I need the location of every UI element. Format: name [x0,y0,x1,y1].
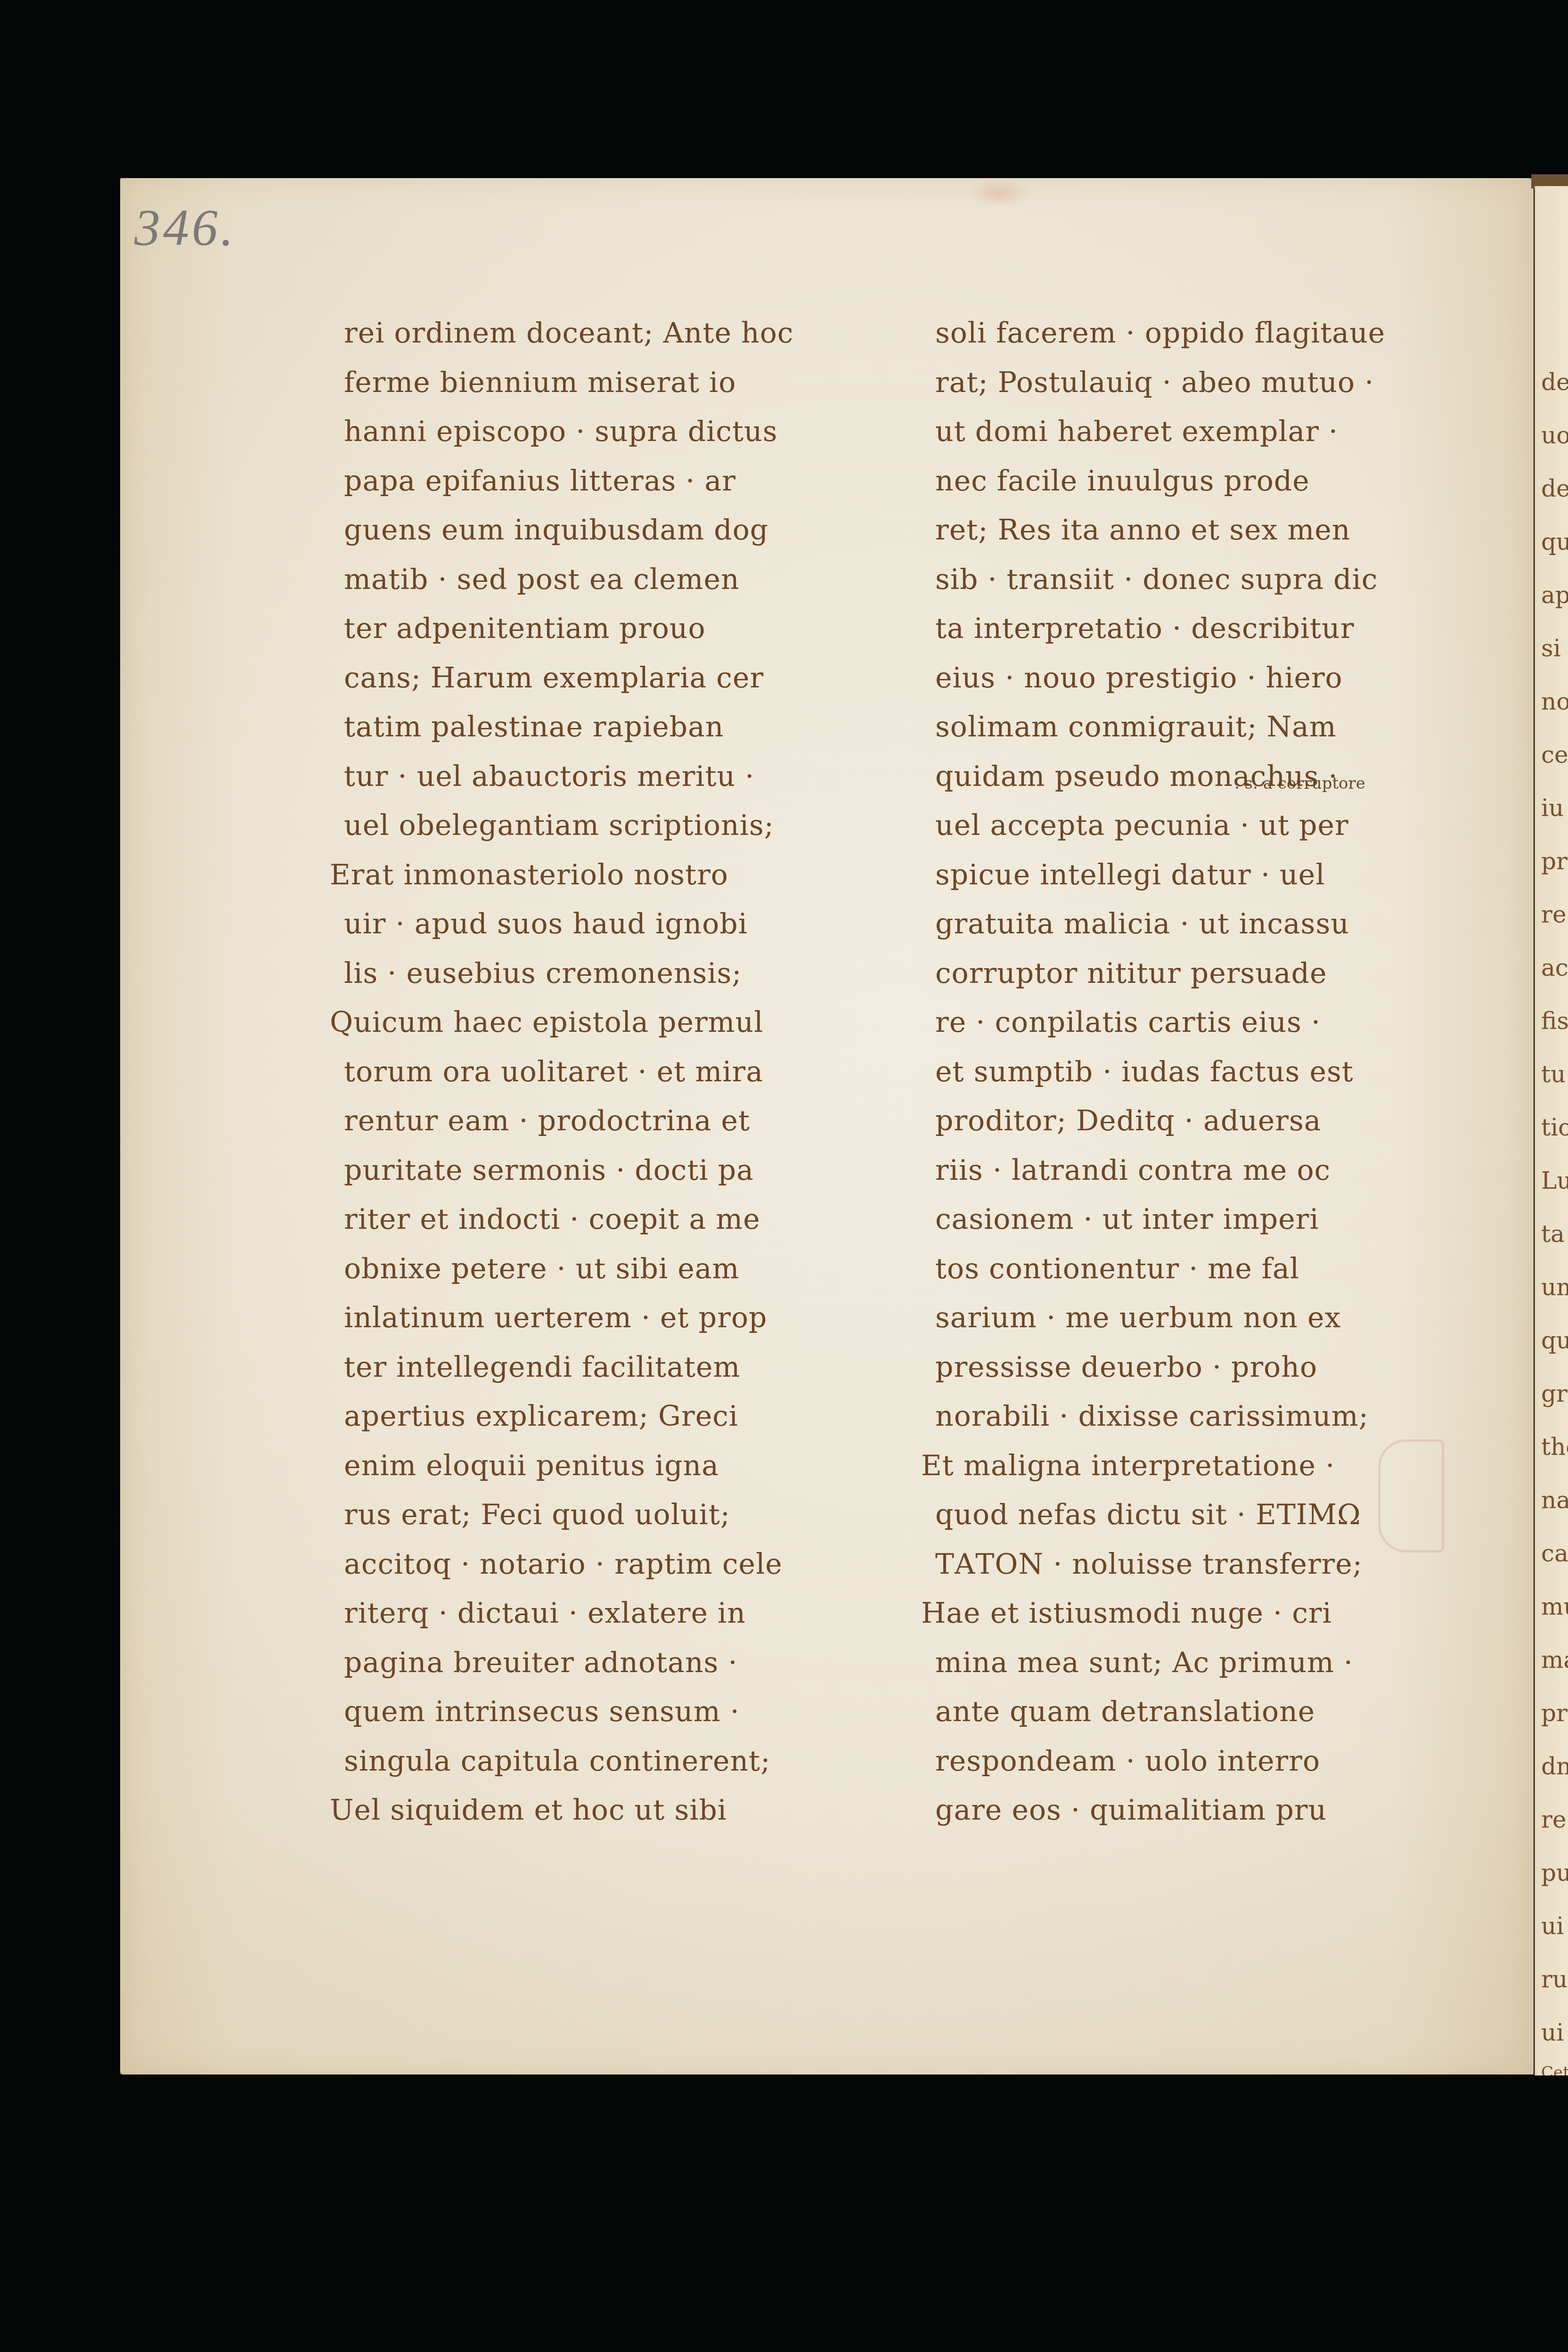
next-page-fragment: ui [1535,2006,1568,2059]
manuscript-line: nec facile inuulgus prode [935,457,1501,506]
next-page-fragment: ap [1535,569,1568,622]
manuscript-line: pressisse deuerbo · proho [935,1343,1501,1392]
next-page-fragment: no [1535,675,1568,728]
manuscript-line: Erat inmonasteriolo nostro [330,850,923,900]
manuscript-line: ter adpenitentiam prouo [344,604,923,653]
next-page-fragment: iu [1535,782,1568,835]
manuscript-line: ta interpretatio · describitur [935,604,1501,653]
manuscript-line: uel obelegantiam scriptionis; [344,801,923,850]
next-page-edge: deuodequapsinoceiuprreacfistutioLutaumqu… [1535,186,1568,2075]
manuscript-line: enim eloquii penitus igna [344,1441,923,1491]
manuscript-line: rus erat; Feci quod uoluit; [344,1490,923,1540]
manuscript-line: hanni episcopo · supra dictus [344,407,923,457]
next-page-fragment: ru [1535,1953,1568,2006]
next-page-fragment: de [1535,356,1568,409]
manuscript-line: ter intellegendi facilitatem [344,1343,923,1392]
manuscript-line: riter et indocti · coepit a me [344,1195,923,1244]
manuscript-line: papa epifanius litteras · ar [344,457,923,506]
next-page-fragment: tio [1535,1101,1568,1154]
next-page-fragment: ma [1535,1633,1568,1687]
next-page-fragment: uo [1535,409,1568,462]
next-page-fragment: dn [1535,1740,1568,1793]
manuscript-line: Hae et istiusmodi nuge · cri [921,1589,1501,1638]
manuscript-line: soli facerem · oppido flagitaue [935,309,1501,358]
interlinear-gloss: . s. a corruptore [1234,774,1365,793]
next-page-fragment: gra [1535,1367,1568,1421]
manuscript-line: guens eum inquibusdam dog [344,506,923,555]
manuscript-line: quem intrinsecus sensum · [344,1687,923,1737]
manuscript-line: cans; Harum exemplaria cer [344,653,923,703]
manuscript-line: singula capitula continerent; [344,1737,923,1786]
manuscript-line: gratuita malicia · ut incassu [935,899,1501,949]
manuscript-line: matib · sed post ea clemen [344,555,923,604]
next-page-fragment: na [1535,1474,1568,1527]
next-page-marginal-note: Cete. [1535,2059,1568,2075]
next-page-fragment: re [1535,1793,1568,1846]
manuscript-line: solimam conmigrauit; Nam [935,702,1501,752]
manuscript-line: puritate sermonis · docti pa [344,1146,923,1195]
manuscript-line: tos contionentur · me fal [935,1244,1501,1294]
next-page-fragment: tu [1535,1048,1568,1101]
next-page-fragment: ta [1535,1208,1568,1261]
next-page-fragment: si [1535,622,1568,675]
manuscript-line: gare eos · quimalitiam pru [935,1786,1501,1835]
manuscript-line: sarium · me uerbum non ex [935,1293,1501,1343]
spacer [1535,186,1568,356]
next-page-fragment: the [1535,1421,1568,1474]
next-page-fragment: ui [1535,1900,1568,1953]
manuscript-line: mina mea sunt; Ac primum · [935,1638,1501,1688]
next-page-fragment: um [1535,1261,1568,1314]
manuscript-line: ut domi haberet exemplar · [935,407,1501,457]
manuscript-line: respondeam · uolo interro [935,1737,1501,1786]
left-text-column: rei ordinem doceant; Ante hocferme bienn… [344,309,923,1835]
next-page-fragment: Lu [1535,1154,1568,1208]
next-page-fragment: re [1535,888,1568,941]
manuscript-line: riis · latrandi contra me oc [935,1146,1501,1195]
next-page-fragment: pr [1535,1687,1568,1740]
next-page-fragment: ca [1535,1527,1568,1580]
manuscript-line: tur · uel abauctoris meritu · [344,752,923,801]
right-text-column: soli facerem · oppido flagitauerat; Post… [935,309,1501,1835]
manuscript-line: eius · nouo prestigio · hiero [935,653,1501,703]
manuscript-line: rei ordinem doceant; Ante hoc [344,309,923,358]
manuscript-line: uel accepta pecunia · ut per [935,801,1501,850]
manuscript-line: ante quam detranslatione [935,1687,1501,1737]
manuscript-line: quidam pseudo monachus · [935,752,1501,801]
next-page-fragment: qu [1535,515,1568,569]
next-page-fragment: mu [1535,1580,1568,1633]
manuscript-line: accitoq · notario · raptim cele [344,1540,923,1589]
next-page-fragment: de [1535,462,1568,515]
next-page-fragment: pu [1535,1846,1568,1900]
manuscript-line: torum ora uolitaret · et mira [344,1047,923,1097]
parchment-stain [966,179,1032,207]
manuscript-line: ret; Res ita anno et sex men [935,506,1501,555]
manuscript-line: proditor; Deditq · aduersa [935,1096,1501,1146]
manuscript-line: pagina breuiter adnotans · [344,1638,923,1688]
manuscript-line: spicue intellegi datur · uel [935,850,1501,900]
manuscript-line: norabili · dixisse carissimum; [935,1392,1501,1441]
next-page-fragment: ce [1535,728,1568,782]
manuscript-line: riterq · dictaui · exlatere in [344,1589,923,1638]
manuscript-line: re · conpilatis cartis eius · [935,998,1501,1047]
manuscript-line: ferme biennium miserat io [344,358,923,408]
next-page-fragment: pr [1535,835,1568,888]
manuscript-line: tatim palestinae rapieban [344,702,923,752]
manuscript-line: Uel siquidem et hoc ut sibi [330,1786,923,1835]
manuscript-line: et sumptib · iudas factus est [935,1047,1501,1097]
manuscript-line: rentur eam · prodoctrina et [344,1096,923,1146]
manuscript-line: uir · apud suos haud ignobi [344,899,923,949]
next-page-fragment: fis [1535,995,1568,1048]
manuscript-line: apertius explicarem; Greci [344,1392,923,1441]
manuscript-line: Quicum haec epistola permul [330,998,923,1047]
manuscript-line: inlatinum uerterem · et prop [344,1293,923,1343]
faded-red-initial [1378,1439,1444,1552]
manuscript-line: sib · transiit · donec supra dic [935,555,1501,604]
manuscript-line: lis · eusebius cremonensis; [344,949,923,998]
folio-number: 346. [134,198,237,258]
manuscript-line: casionem · ut inter imperi [935,1195,1501,1244]
manuscript-line: corruptor nititur persuade [935,949,1501,998]
next-page-fragment: ac [1535,941,1568,995]
next-page-fragment: qu [1535,1314,1568,1367]
manuscript-line: obnixe petere · ut sibi eam [344,1244,923,1294]
manuscript-line: rat; Postulauiq · abeo mutuo · [935,358,1501,408]
